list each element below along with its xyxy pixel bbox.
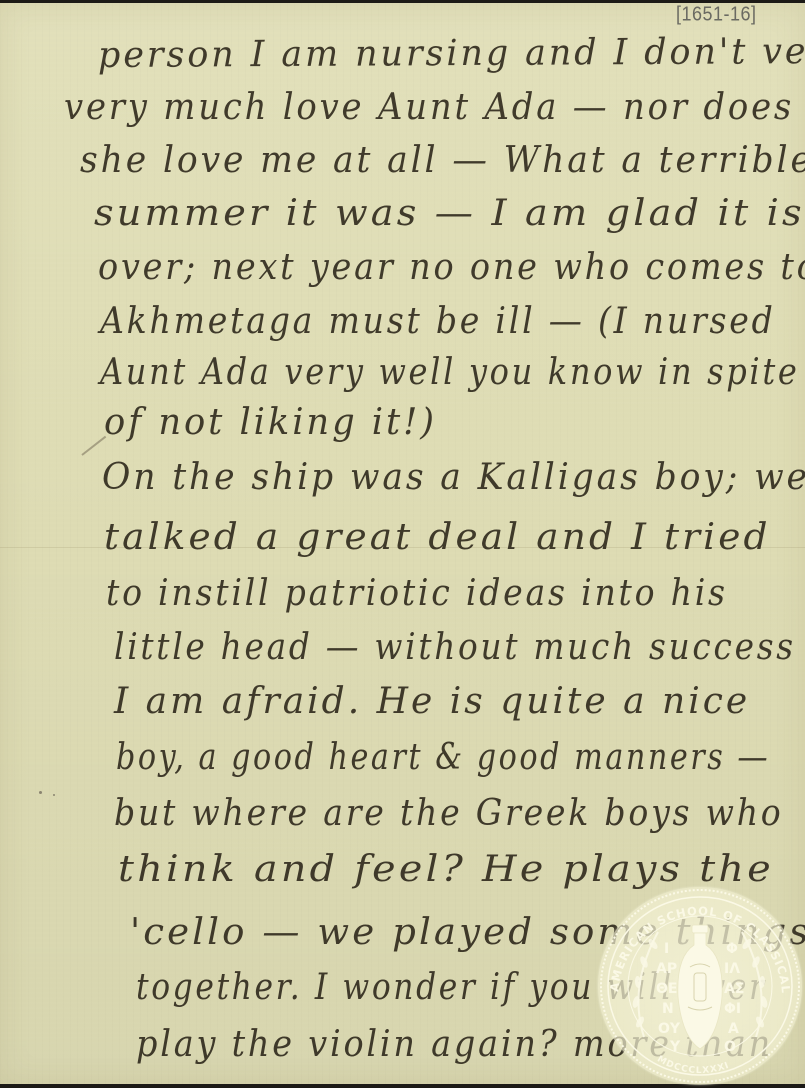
letter-line: On the ship was a Kalligas boy; we xyxy=(102,460,805,496)
svg-text:MDCCCLXXXI: MDCCCLXXXI xyxy=(655,1054,731,1076)
svg-text:Ο: Ο xyxy=(724,1039,736,1055)
margin-dot xyxy=(39,791,42,794)
svg-text:ΘΕ: ΘΕ xyxy=(656,981,677,997)
letter-line: to instill patriotic ideas into his xyxy=(106,576,728,612)
letter-line: little head — without much success xyxy=(114,630,796,666)
svg-text:Φ: Φ xyxy=(726,941,738,957)
letter-line: boy, a good heart & good manners — xyxy=(116,740,770,776)
letter-line: think and feel? He plays the xyxy=(118,852,774,888)
letter-line: but where are the Greek boys who xyxy=(114,796,784,832)
svg-text:Α: Α xyxy=(728,1021,739,1037)
svg-text:ΟΥ: ΟΥ xyxy=(658,1021,681,1037)
svg-text:Ι: Ι xyxy=(664,941,669,957)
letter-line: she love me at all — What a terrible xyxy=(80,143,805,179)
svg-text:Υ: Υ xyxy=(669,1039,681,1055)
margin-pencil-stroke xyxy=(81,436,106,456)
letter-line: very much love Aunt Ada — nor does xyxy=(64,90,794,126)
svg-text:ΦΙ: ΦΙ xyxy=(724,1001,741,1017)
svg-text:Ν: Ν xyxy=(662,1001,674,1017)
svg-text:ΑΣ: ΑΣ xyxy=(724,981,744,997)
letter-line: person I am nursing and I don't very xyxy=(98,34,805,74)
seal-emblem-icon: Ι ΑΡ ΘΕ Ν ΟΥ Υ Φ ΙΛ ΑΣ ΦΙ Α Ο AMERICAN S… xyxy=(598,887,802,1085)
letter-line: Aunt Ada very well you know in spite xyxy=(100,355,800,391)
letter-line: over; next year no one who comes to xyxy=(98,250,805,286)
svg-text:ΙΛ: ΙΛ xyxy=(724,961,740,977)
letter-line: summer it was — I am glad it is xyxy=(94,196,805,232)
institution-seal-stamp: Ι ΑΡ ΘΕ Ν ΟΥ Υ Φ ΙΛ ΑΣ ΦΙ Α Ο AMERICAN S… xyxy=(598,887,802,1085)
svg-text:ΑΡ: ΑΡ xyxy=(656,961,677,977)
letter-line: Akhmetaga must be ill — (I nursed xyxy=(100,304,776,340)
letter-line: of not liking it!) xyxy=(104,405,437,441)
margin-dot xyxy=(53,794,55,796)
letter-line: talked a great deal and I tried xyxy=(104,520,771,556)
letter-line: I am afraid. He is quite a nice xyxy=(114,684,750,720)
